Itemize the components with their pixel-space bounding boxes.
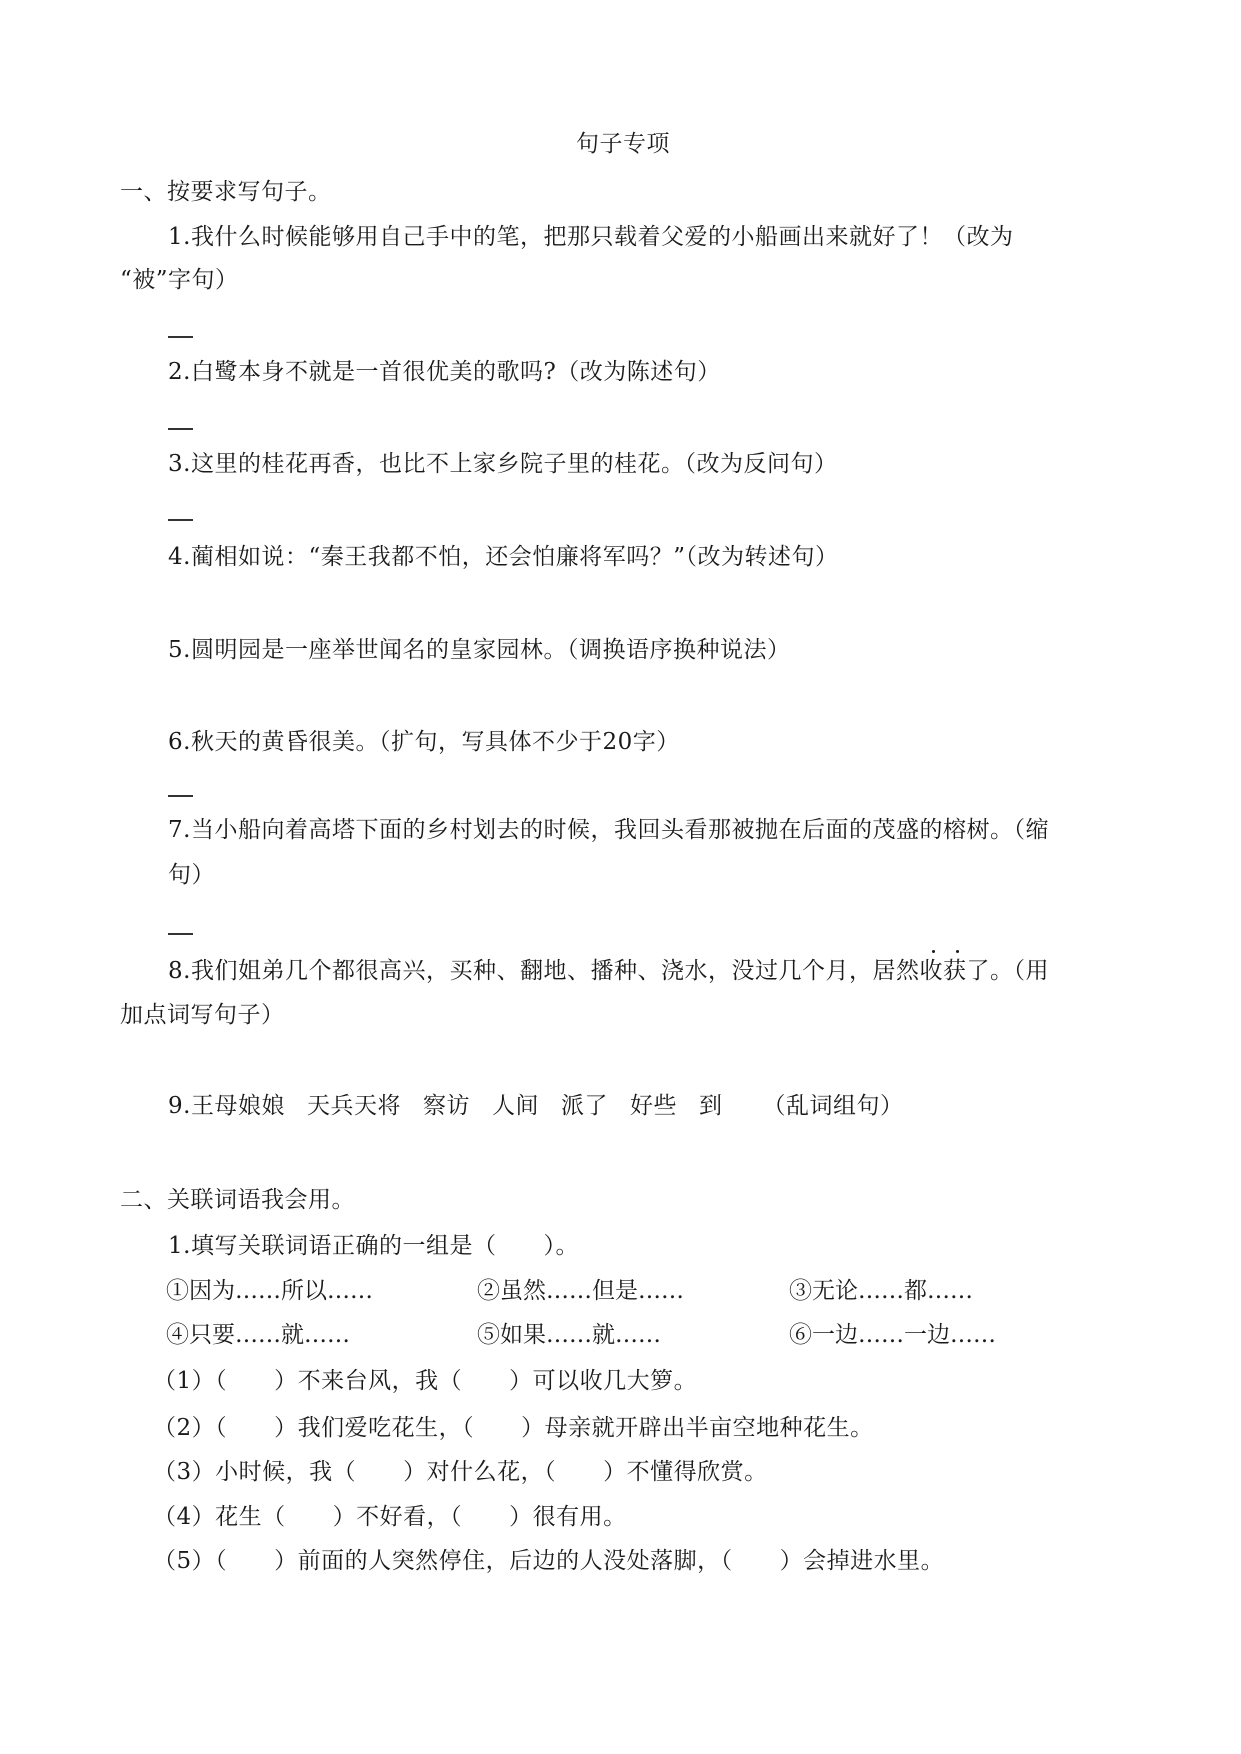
option-1: ①因为……所以…… <box>166 1277 373 1305</box>
fill-item-1: （1）（ ）不来台风，我（ ）可以收几大箩。 <box>153 1367 697 1395</box>
option-4: ④只要……就…… <box>166 1321 350 1349</box>
question-8-text-cont: 加点词写句子） <box>120 1001 285 1029</box>
section-2-heading: 二、关联词语我会用。 <box>120 1186 355 1214</box>
option-5: ⑤如果……就…… <box>477 1321 661 1349</box>
fill-item-2: （2）（ ）我们爱吃花生，（ ）母亲就开辟出半亩空地种花生。 <box>153 1414 874 1442</box>
question-8-text: 8.我们姐弟几个都很高兴，买种、翻地、播种、浇水，没过几个月，居然收获了。（用 <box>168 957 1049 985</box>
option-6: ⑥一边……一边…… <box>789 1321 996 1349</box>
word-card: 察访 <box>423 1092 470 1120</box>
word-card: 派了 <box>561 1092 608 1120</box>
word-card: 好些 <box>630 1092 677 1120</box>
word-card: 王母娘娘 <box>191 1092 285 1120</box>
fill-item-4: （4）花生（ ）不好看，（ ）很有用。 <box>153 1503 627 1531</box>
word-card: 人间 <box>492 1092 539 1120</box>
page-title: 句子专项 <box>576 130 670 158</box>
question-9-instruction: （乱词组句） <box>762 1093 903 1119</box>
answer-line-6[interactable] <box>168 795 193 797</box>
word-card: 到 <box>699 1092 723 1120</box>
question-6-text: 6.秋天的黄昏很美。（扩句，写具体不少于20字） <box>168 728 680 756</box>
question-1-text: 1.我什么时候能够用自己手中的笔，把那只载着父爱的小船画出来就好了！（改为 <box>168 223 1013 251</box>
section-1-heading: 一、按要求写句子。 <box>120 178 332 206</box>
emphasis-dot-1 <box>932 950 935 953</box>
question-9-text: 9.王母娘娘天兵天将察访人间派了好些到（乱词组句） <box>168 1092 903 1120</box>
emphasis-dot-2 <box>956 950 959 953</box>
question-9-prefix: 9. <box>168 1093 191 1119</box>
question-4-text: 4.蔺相如说：“秦王我都不怕，还会怕廉将军吗？”（改为转述句） <box>168 543 838 571</box>
fill-item-3: （3）小时候，我（ ）对什么花，（ ）不懂得欣赏。 <box>153 1458 768 1486</box>
option-2: ②虽然……但是…… <box>477 1277 684 1305</box>
answer-line-2[interactable] <box>168 428 193 430</box>
question-1-text-cont: “被”字句） <box>120 266 239 294</box>
word-card: 天兵天将 <box>307 1092 401 1120</box>
question-2-text: 2.白鹭本身不就是一首很优美的歌吗?（改为陈述句） <box>168 358 721 386</box>
section-2-question-1: 1.填写关联词语正确的一组是（ ）。 <box>168 1232 579 1260</box>
answer-line-7[interactable] <box>168 933 193 935</box>
question-7-text: 7.当小船向着高塔下面的乡村划去的时候，我回头看那被抛在后面的茂盛的榕树。（缩 <box>168 816 1049 844</box>
fill-item-5: （5）（ ）前面的人突然停住，后边的人没处落脚，（ ）会掉进水里。 <box>153 1547 944 1575</box>
option-3: ③无论……都…… <box>789 1277 973 1305</box>
question-5-text: 5.圆明园是一座举世闻名的皇家园林。（调换语序换种说法） <box>168 636 790 664</box>
question-7-text-cont: 句） <box>168 861 215 889</box>
answer-line-3[interactable] <box>168 519 193 521</box>
answer-line-1[interactable] <box>168 336 193 338</box>
question-3-text: 3.这里的桂花再香，也比不上家乡院子里的桂花。（改为反问句） <box>168 450 837 478</box>
